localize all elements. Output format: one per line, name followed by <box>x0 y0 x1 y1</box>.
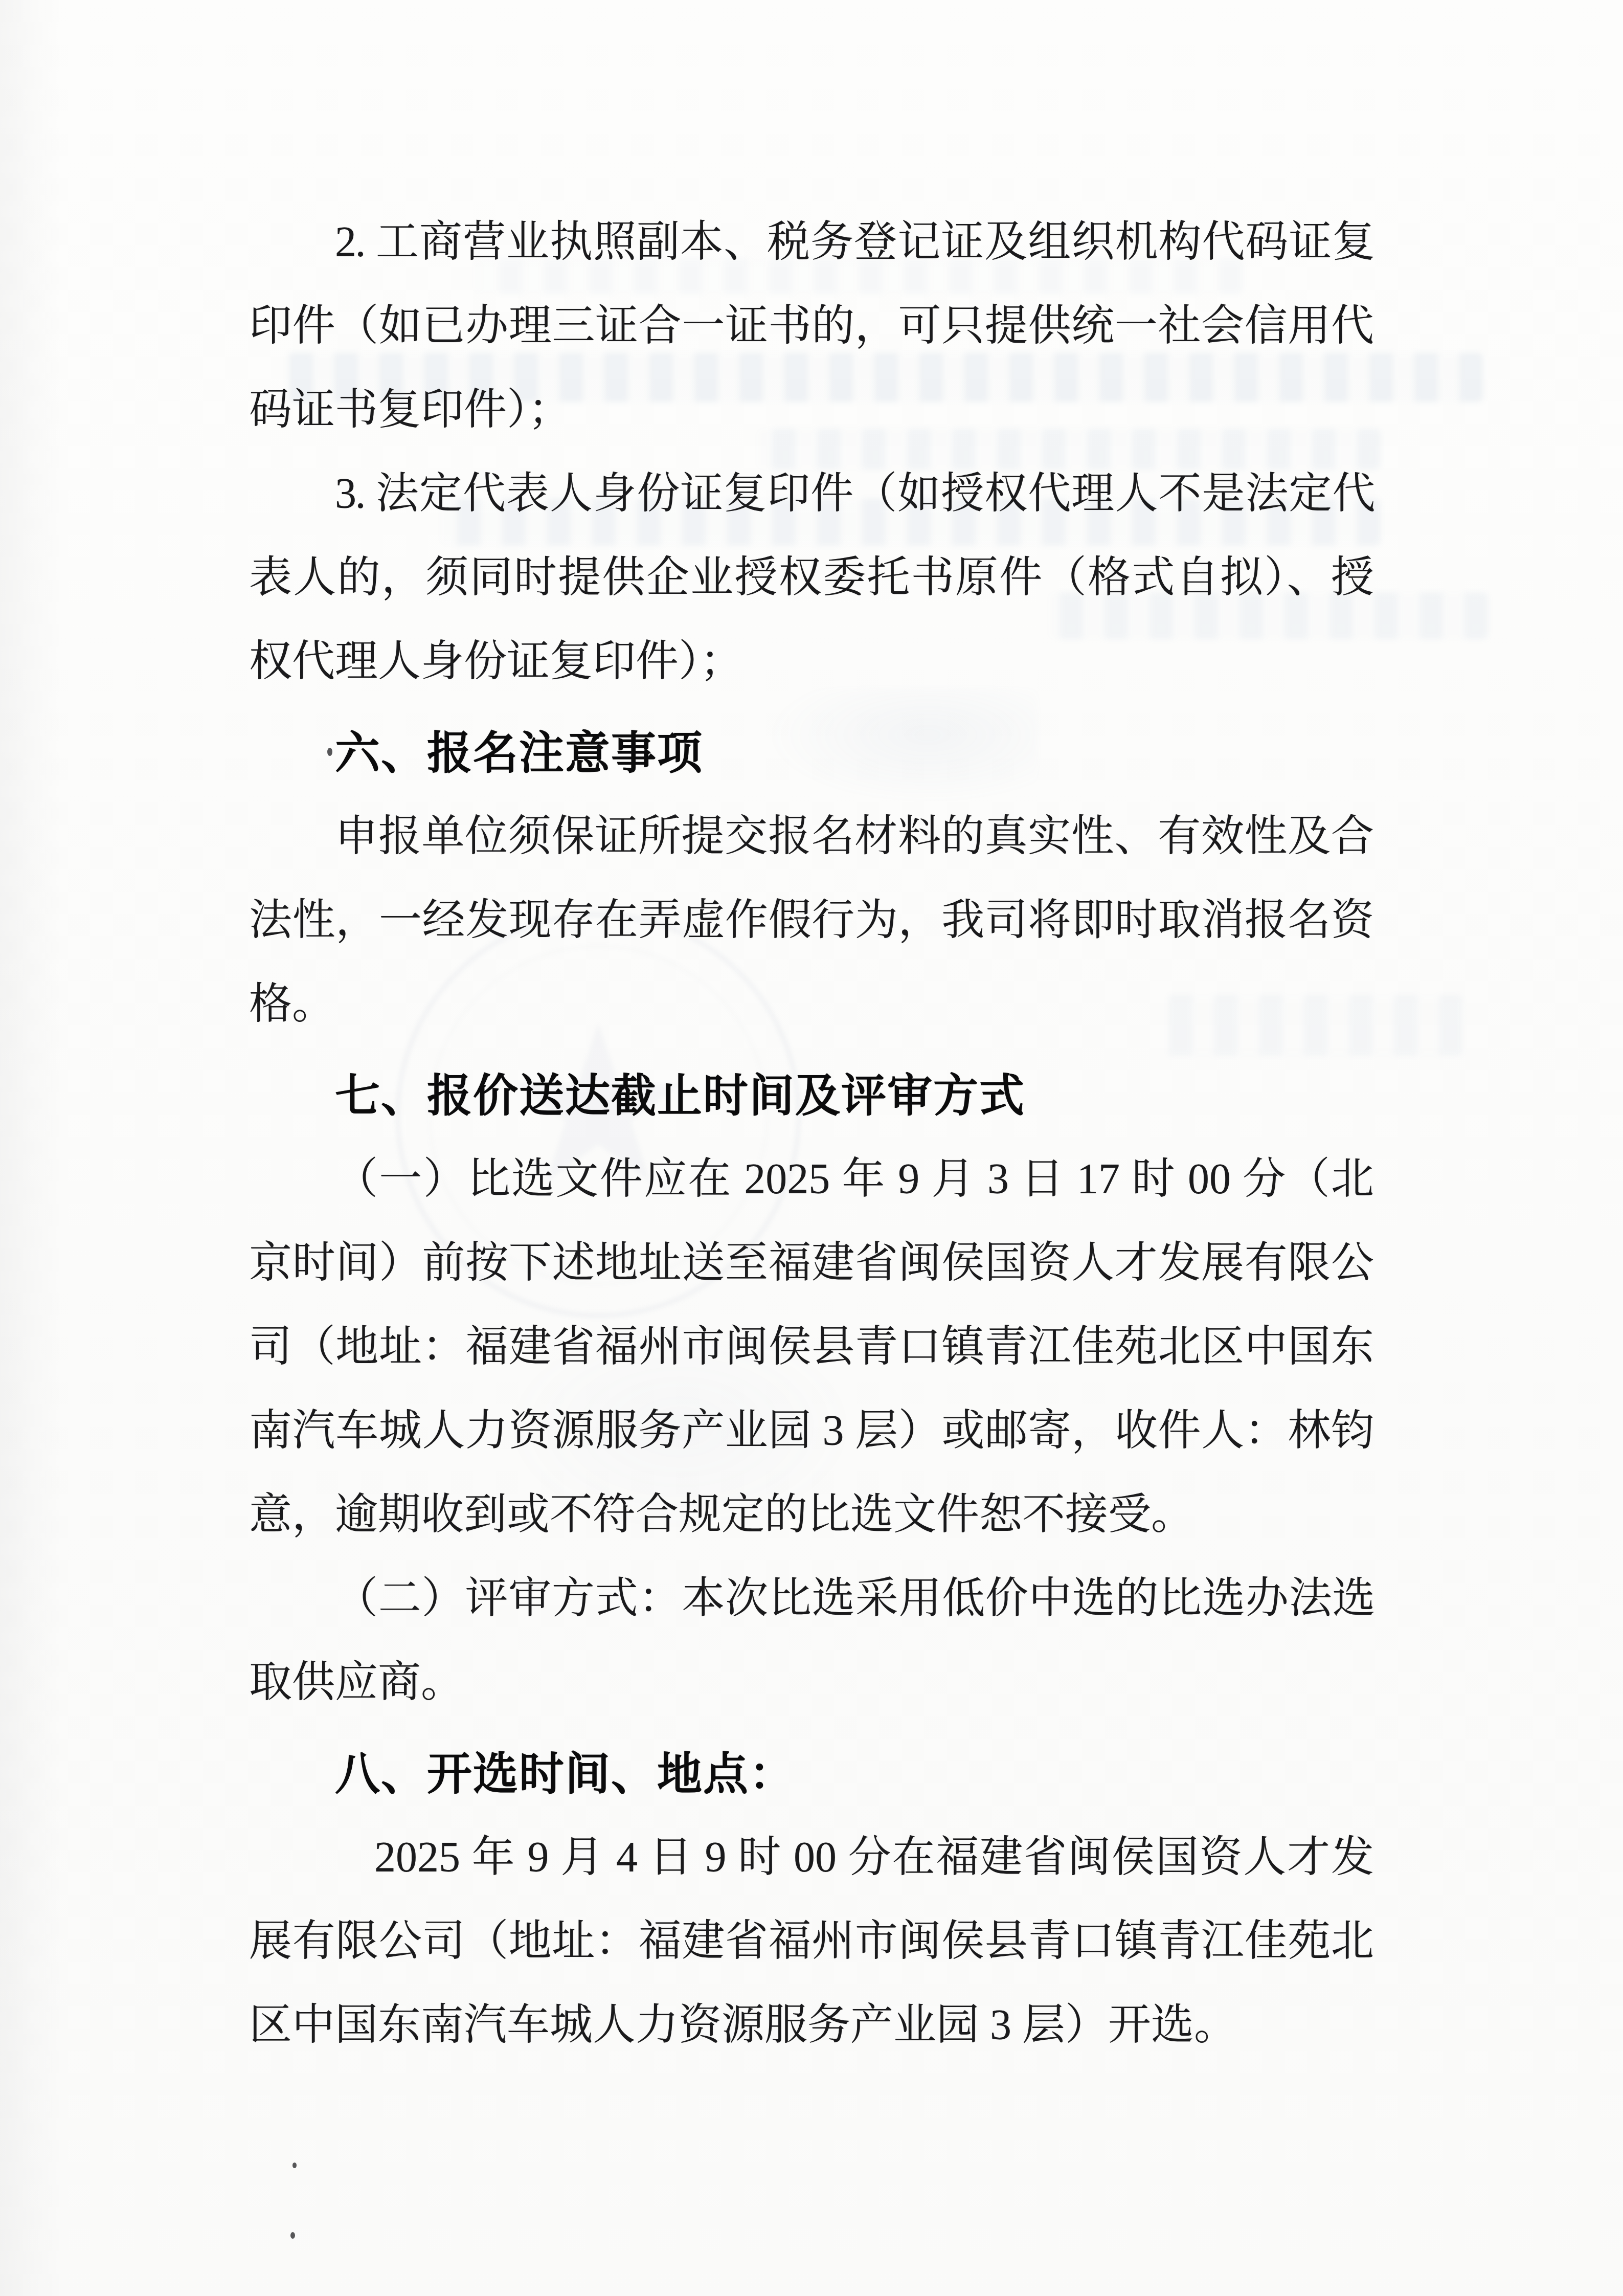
text-line: 区中国东南汽车城人力资源服务产业园 3 层）开选。 <box>249 1983 1374 2067</box>
text-line: 京时间）前按下述地址送至福建省闽侯国资人才发展有限公 <box>249 1221 1374 1305</box>
text-line: 取供应商。 <box>249 1641 1374 1725</box>
scanner-edge-shade <box>0 0 61 2296</box>
section-heading: 七、报价送达截止时间及评审方式 <box>249 1054 1374 1138</box>
text-line: 权代理人身份证复印件）； <box>249 620 1374 704</box>
text-line: 法性，一经发现存在弄虚作假行为，我司将即时取消报名资 <box>249 879 1374 963</box>
text-line: （二）评审方式：本次比选采用低价中选的比选办法选 <box>249 1557 1374 1641</box>
text-line: 申报单位须保证所提交报名材料的真实性、有效性及合 <box>249 795 1374 879</box>
text-line: 码证书复印件）； <box>249 368 1374 452</box>
text-line: 印件（如已办理三证合一证书的，可只提供统一社会信用代 <box>249 284 1374 368</box>
text-line: 南汽车城人力资源服务产业园 3 层）或邮寄，收件人：林钧 <box>249 1389 1374 1473</box>
section-heading: 六、报名注意事项 <box>249 711 1374 795</box>
text-line: 3. 法定代表人身份证复印件（如授权代理人不是法定代 <box>249 452 1374 536</box>
document-page: 2. 工商营业执照副本、税务登记证及组织机构代码证复印件（如已办理三证合一证书的… <box>0 0 1623 2296</box>
section-heading: 八、开选时间、地点： <box>249 1732 1374 1816</box>
text-line: 意，逾期收到或不符合规定的比选文件恕不接受。 <box>249 1473 1374 1557</box>
document-body: 2. 工商营业执照副本、税务登记证及组织机构代码证复印件（如已办理三证合一证书的… <box>249 200 1374 2067</box>
text-line: 表人的，须同时提供企业授权委托书原件（格式自拟）、授 <box>249 536 1374 620</box>
text-line: （一）比选文件应在 2025 年 9 月 3 日 17 时 00 分（北 <box>249 1138 1374 1221</box>
text-line: 展有限公司（地址：福建省福州市闽侯县青口镇青江佳苑北 <box>249 1900 1374 1983</box>
text-line: 司（地址：福建省福州市闽侯县青口镇青江佳苑北区中国东 <box>249 1305 1374 1389</box>
text-line: 2. 工商营业执照副本、税务登记证及组织机构代码证复 <box>249 200 1374 284</box>
text-line: 2025 年 9 月 4 日 9 时 00 分在福建省闽侯国资人才发 <box>249 1816 1374 1900</box>
ink-speck <box>290 2232 295 2239</box>
ink-speck <box>292 2163 297 2168</box>
text-line: 格。 <box>249 963 1374 1046</box>
